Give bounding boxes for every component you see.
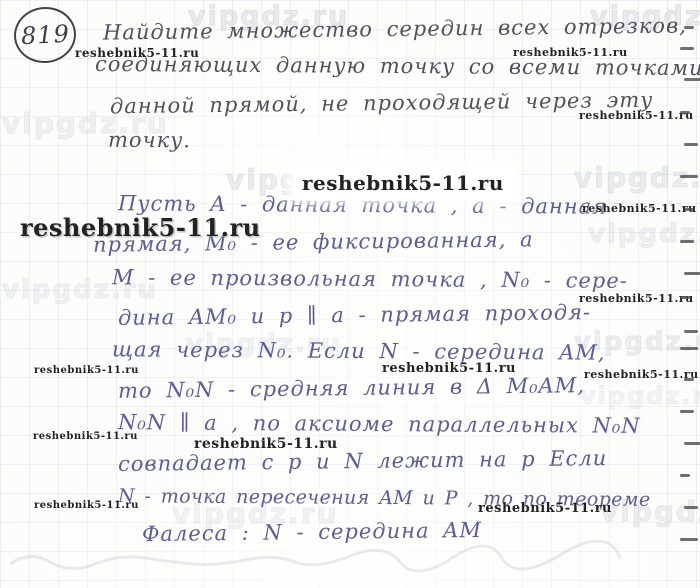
page-edge-mark xyxy=(680,175,698,178)
watermark-reshebnik: reshebnik5-11.ru xyxy=(513,46,628,59)
watermark-reshebnik: reshebnik5-11.ru xyxy=(478,501,612,516)
page-edge-mark xyxy=(680,296,690,299)
page-edge-mark xyxy=(680,240,694,243)
page-edge-mark xyxy=(684,143,698,146)
watermark-reshebnik-large: reshebnik5-11.ru xyxy=(20,213,261,242)
solution-line-7: N₀N ∥ a , по аксиоме параллельных N₀N xyxy=(118,410,641,438)
page-edge-mark xyxy=(684,330,698,333)
page-edge-mark xyxy=(680,410,694,413)
solution-line-3: M - ее произвольная точка , N₀ - сере- xyxy=(112,265,628,293)
watermark-reshebnik-boxed: reshebnik5-11.ru xyxy=(294,168,512,198)
page-edge-mark xyxy=(680,347,698,350)
page-edge-mark xyxy=(680,474,690,477)
solution-line-5: щая через N₀. Если N - середина AM, xyxy=(112,337,606,364)
watermark-reshebnik: reshebnik5-11.ru xyxy=(579,109,694,122)
page-edge-mark xyxy=(680,538,698,541)
page-edge-mark xyxy=(684,78,700,81)
watermark-reshebnik: reshebnik5-11.ru xyxy=(582,202,697,215)
problem-line-3: данной прямой, не проходящей через эту xyxy=(110,88,654,119)
watermark-reshebnik: reshebnik5-11.ru xyxy=(584,368,699,381)
solution-line-8: совпадает с p и N лежит на p Если xyxy=(118,446,608,476)
page-edge-mark xyxy=(680,47,694,50)
page-edge-mark xyxy=(680,111,690,114)
watermark-reshebnik: reshebnik5-11.ru xyxy=(34,365,139,376)
page-edge-mark xyxy=(684,208,694,211)
solution-line-4: дина AM₀ и p ∥ a - прямая проходя- xyxy=(118,300,591,330)
solution-line-6: то N₀N - средняя линия в Δ M₀AM, xyxy=(118,373,585,403)
watermark-reshebnik: reshebnik5-11.ru xyxy=(33,431,138,442)
watermark-reshebnik: reshebnik5-11.ru xyxy=(75,46,199,60)
watermark-reshebnik: reshebnik5-11.ru xyxy=(194,436,338,452)
watermark-reshebnik: reshebnik5-11.ru xyxy=(579,292,694,305)
page-edge-mark xyxy=(684,378,694,381)
page-edge-mark xyxy=(684,272,700,275)
problem-line-1: Найдите множество середин всех отрезков, xyxy=(103,13,687,44)
page-edge-mark xyxy=(684,442,700,445)
watermark-reshebnik: reshebnik5-11.ru xyxy=(382,361,516,376)
problem-line-4: точку. xyxy=(108,128,191,153)
watermark-reshebnik: reshebnik5-11.ru xyxy=(34,500,139,511)
notebook-page: vipgdz.ru vipgdz.ru vipgdz.ru vipgdz.ru … xyxy=(0,0,700,588)
page-edge-mark xyxy=(684,506,698,509)
page-edge-mark xyxy=(684,26,694,29)
solution-line-10: Фалеса : N - середина AM xyxy=(142,518,482,546)
